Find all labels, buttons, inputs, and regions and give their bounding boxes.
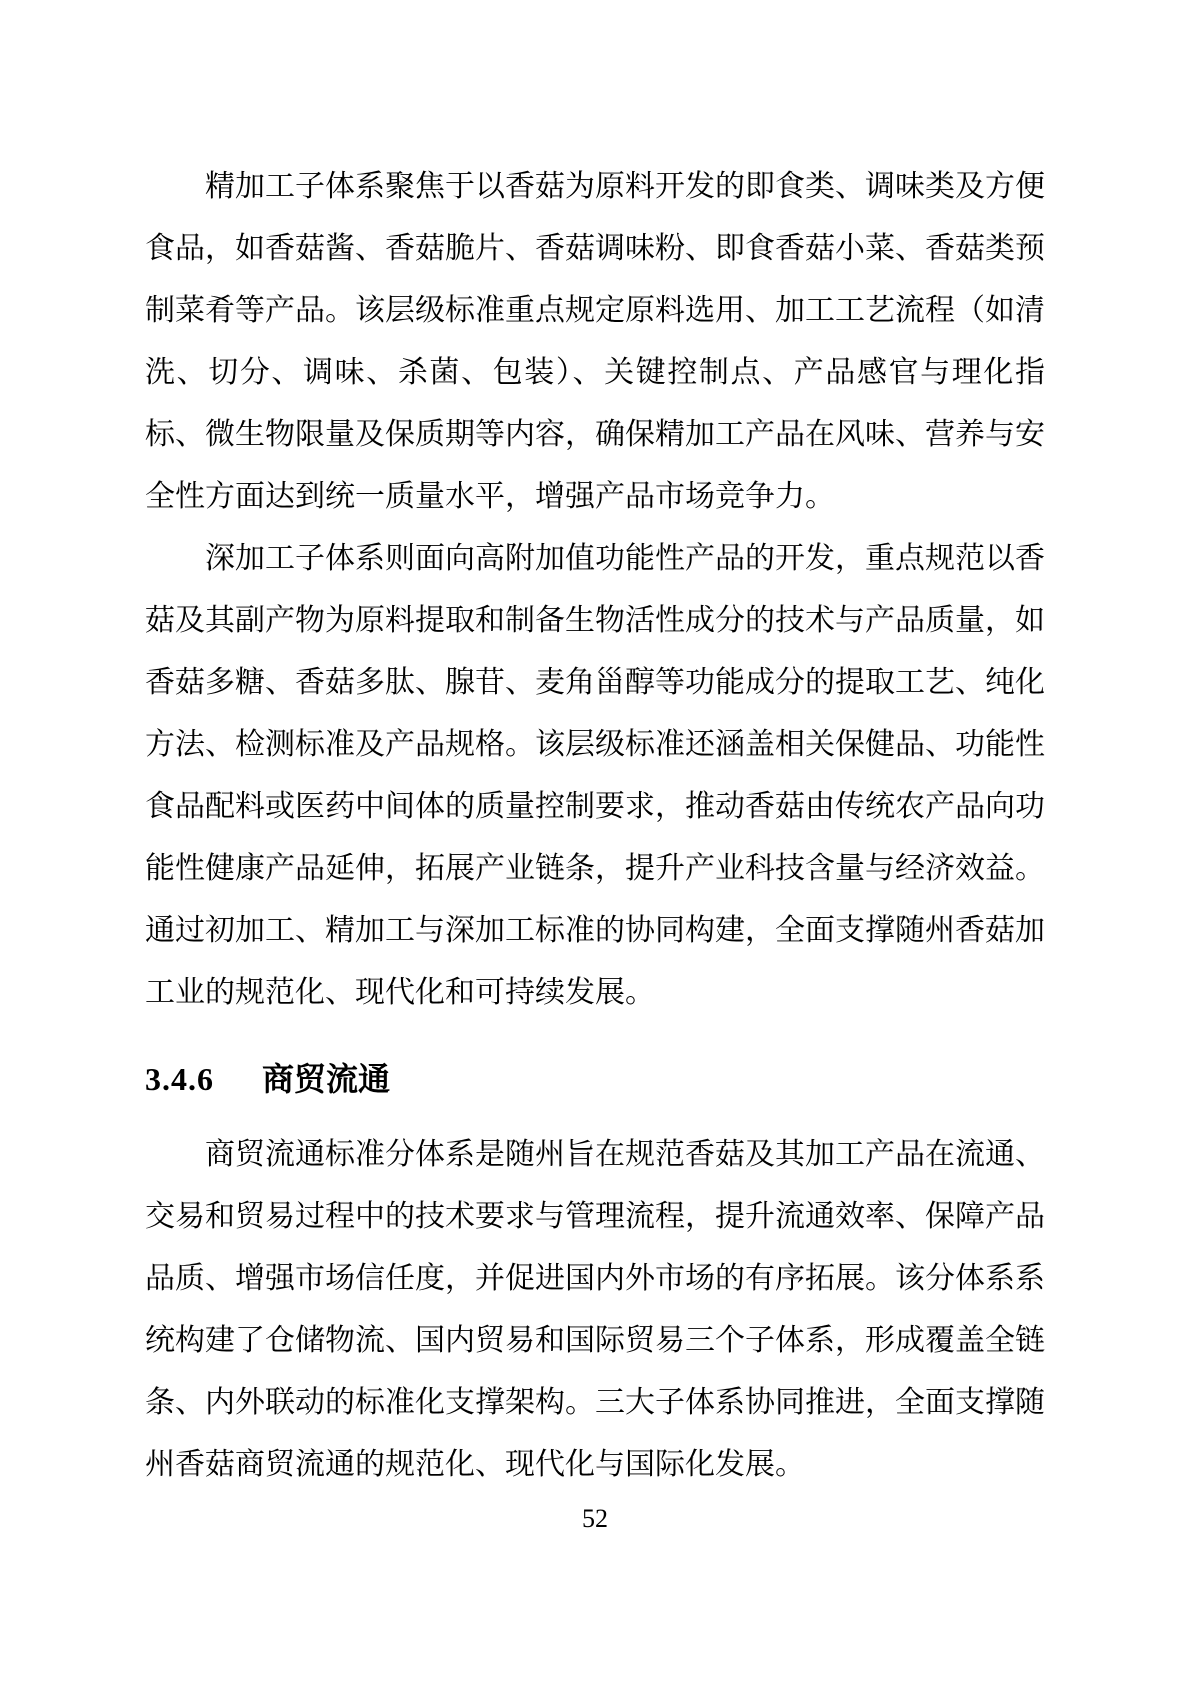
section-heading-number: 3.4.6 [145,1054,214,1104]
page-footer: 52 [145,1504,1045,1534]
section-heading: 3.4.6 商贸流通 [145,1054,1045,1104]
page-number: 52 [582,1504,608,1534]
paragraph-deep-processing: 深加工子体系则面向高附加值功能性产品的开发，重点规范以香菇及其副产物为原料提取和… [145,528,1045,1024]
paragraph-trade-circulation: 商贸流通标准分体系是随州旨在规范香菇及其加工产品在流通、交易和贸易过程中的技术要… [145,1124,1045,1496]
document-page: 精加工子体系聚焦于以香菇为原料开发的即食类、调味类及方便食品，如香菇酱、香菇脆片… [0,0,1191,1684]
section-heading-title: 商贸流通 [262,1061,390,1097]
paragraph-fine-processing: 精加工子体系聚焦于以香菇为原料开发的即食类、调味类及方便食品，如香菇酱、香菇脆片… [145,156,1045,528]
